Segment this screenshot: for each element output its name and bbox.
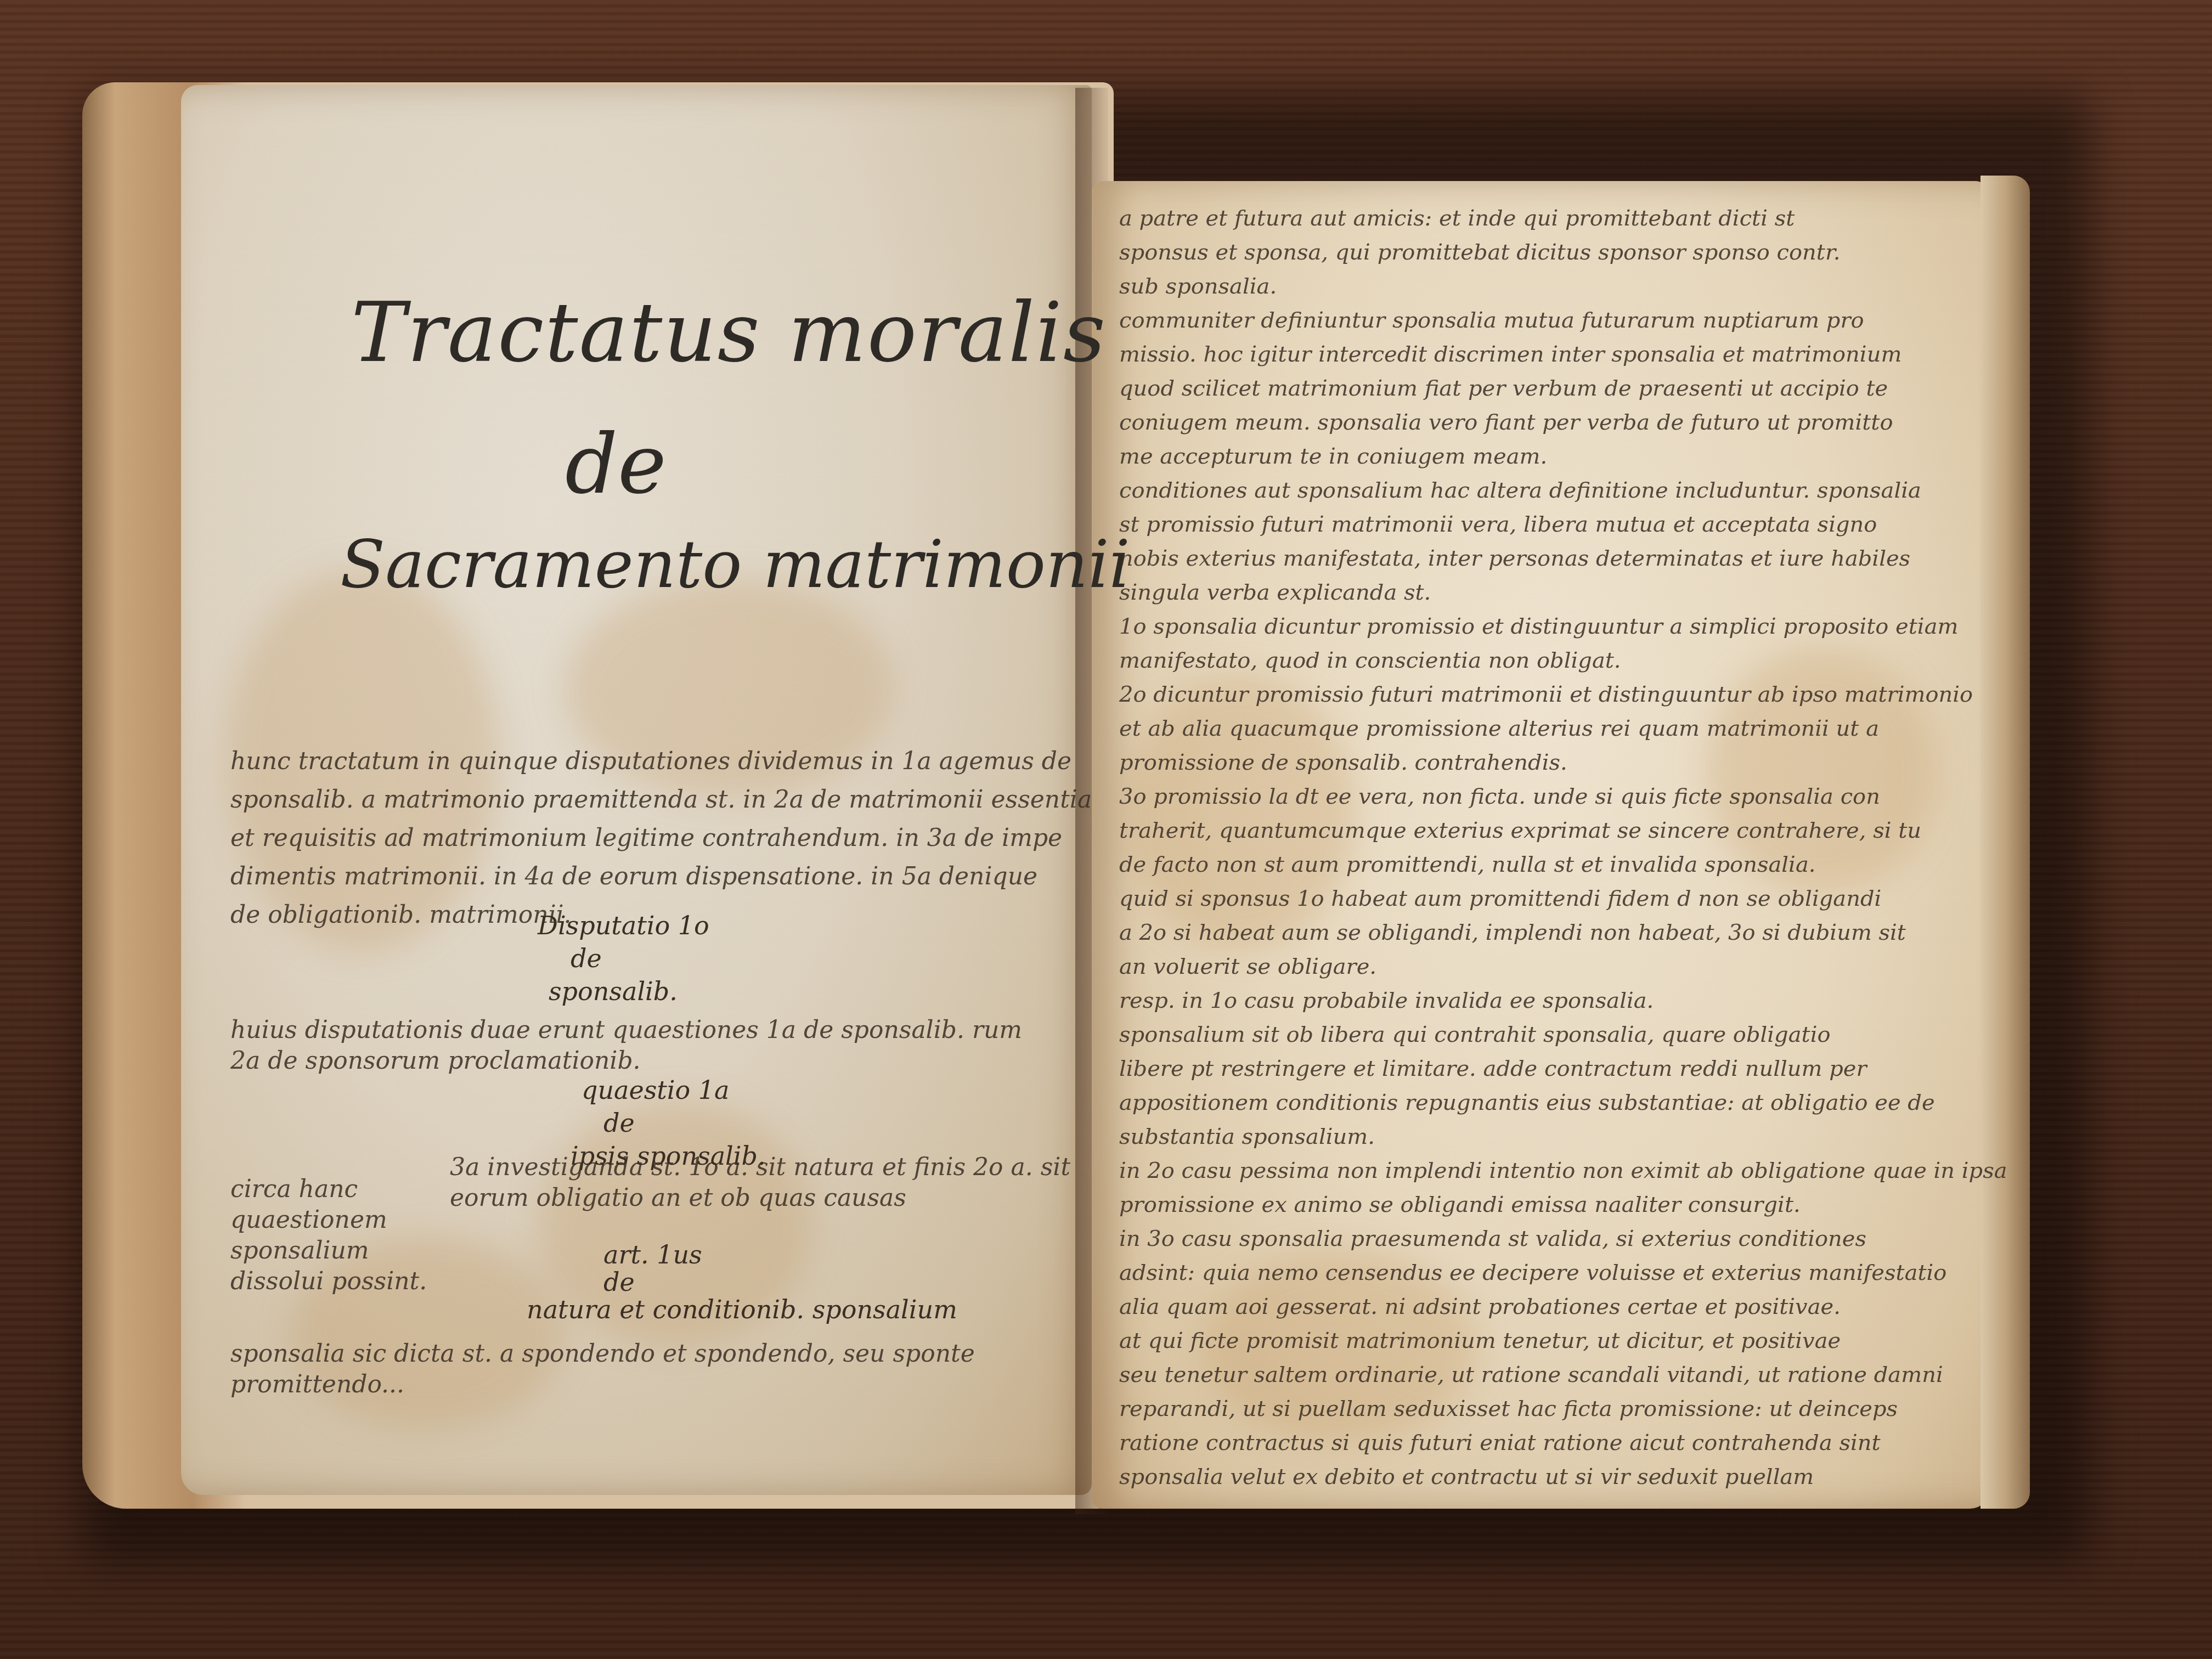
heading-natura: natura et conditionib. sponsalium xyxy=(527,1295,957,1324)
right-body-line: a 2o si habeat aum se obligandi, implend… xyxy=(1119,917,1906,948)
left-para-3-right: 3a investiganda st. 1o a. sit natura et … xyxy=(450,1152,1081,1214)
right-body-line: quid si sponsus 1o habeat aum promittend… xyxy=(1119,883,1881,914)
heading-quaestio: quaestio 1a xyxy=(582,1075,730,1105)
left-para-2: huius disputationis duae erunt quaestion… xyxy=(230,1015,1053,1076)
left-body-line: de obligationib. matrimonii. xyxy=(230,900,572,930)
right-body-line: coniugem meum. sponsalia vero fiant per … xyxy=(1119,407,1893,438)
right-body-line: manifestato, quod in conscientia non obl… xyxy=(1119,645,1621,676)
left-para-4: sponsalia sic dicta st. a spondendo et s… xyxy=(230,1339,1075,1400)
right-body-line: de facto non st aum promittendi, nulla s… xyxy=(1119,849,1815,880)
right-body-line: alia quam aoi gesserat. ni adsint probat… xyxy=(1119,1291,1841,1322)
right-body-line: an voluerit se obligare. xyxy=(1119,951,1376,982)
left-para-3-left: circa hanc quaestionem sponsalium dissol… xyxy=(230,1174,439,1297)
right-body-line: promissione de sponsalib. contrahendis. xyxy=(1119,747,1567,778)
left-body-line: sponsalib. a matrimonio praemittenda st.… xyxy=(230,785,1092,815)
right-body-line: sponsus et sponsa, qui promittebat dicit… xyxy=(1119,237,1840,268)
right-body-line: singula verba explicanda st. xyxy=(1119,577,1431,608)
left-body-line: dimentis matrimonii. in 4a de eorum disp… xyxy=(230,861,1037,892)
right-body-line: sponsalium sit ob libera qui contrahit s… xyxy=(1119,1019,1831,1050)
heading-disputatio: Disputatio 1o xyxy=(538,911,709,940)
heading-art: art. 1us xyxy=(603,1240,702,1269)
right-body-line: appositionem conditionis repugnantis eiu… xyxy=(1119,1087,1935,1118)
right-page-edge xyxy=(1980,176,2030,1509)
right-body-line: conditiones aut sponsalium hac altera de… xyxy=(1119,475,1921,506)
right-body-line: quod scilicet matrimonium fiat per verbu… xyxy=(1119,373,1888,404)
right-body-line: a patre et futura aut amicis: et inde qu… xyxy=(1119,203,1795,234)
title-line-2: de xyxy=(565,417,667,512)
right-body-line: ratione contractus si quis futuri eniat … xyxy=(1119,1427,1881,1458)
right-body-line: in 3o casu sponsalia praesumenda st vali… xyxy=(1119,1223,1866,1254)
right-body-line: 2o dicuntur promissio futuri matrimonii … xyxy=(1119,679,1973,710)
right-body-line: sub sponsalia. xyxy=(1119,271,1277,302)
right-body-line: libere pt restringere et limitare. adde … xyxy=(1119,1053,1867,1084)
right-body-line: in 2o casu pessima non implendi intentio… xyxy=(1119,1155,2007,1186)
right-body-line: resp. in 1o casu probabile invalida ee s… xyxy=(1119,985,1654,1016)
right-body-line: 3o promissio la dt ee vera, non ficta. u… xyxy=(1119,781,1880,812)
right-body-line: 1o sponsalia dicuntur promissio et disti… xyxy=(1119,611,1958,642)
right-body-line: seu tenetur saltem ordinarie, ut ratione… xyxy=(1119,1359,1943,1390)
right-body-line: missio. hoc igitur intercedit discrimen … xyxy=(1119,339,1901,370)
title-line-3: Sacramento matrimonii xyxy=(340,527,1130,603)
right-body-line: st promissio futuri matrimonii vera, lib… xyxy=(1119,509,1877,540)
right-body-line: sponsalia velut ex debito et contractu u… xyxy=(1119,1462,1814,1492)
heading-de: de xyxy=(571,944,602,973)
right-body-line: me accepturum te in coniugem meam. xyxy=(1119,441,1547,472)
right-body-line: traherit, quantumcumque exterius exprima… xyxy=(1119,815,1921,846)
right-body-line: adsint: quia nemo censendus ee decipere … xyxy=(1119,1257,1946,1288)
heading-sponsalib: sponsalib. xyxy=(549,977,678,1006)
right-body-line: communiter definiuntur sponsalia mutua f… xyxy=(1119,305,1864,336)
left-body-line: et requisitis ad matrimonium legitime co… xyxy=(230,823,1062,854)
title-line-1: Tractatus moralis xyxy=(351,285,1107,381)
right-body-line: promissione ex animo se obligandi emissa… xyxy=(1119,1189,1801,1220)
heading-de-3: de xyxy=(603,1267,635,1297)
right-body-line: at qui ficte promisit matrimonium tenetu… xyxy=(1119,1325,1841,1356)
right-body-line: substantia sponsalium. xyxy=(1119,1121,1375,1152)
heading-de-2: de xyxy=(603,1108,635,1138)
right-body-line: et ab alia quacumque promissione alteriu… xyxy=(1119,713,1879,744)
right-body-line: reparandi, ut si puellam seduxisset hac … xyxy=(1119,1393,1898,1424)
left-body-line: hunc tractatum in quinque disputationes … xyxy=(230,746,1071,777)
right-body-line: nobis exterius manifestata, inter person… xyxy=(1119,543,1910,574)
